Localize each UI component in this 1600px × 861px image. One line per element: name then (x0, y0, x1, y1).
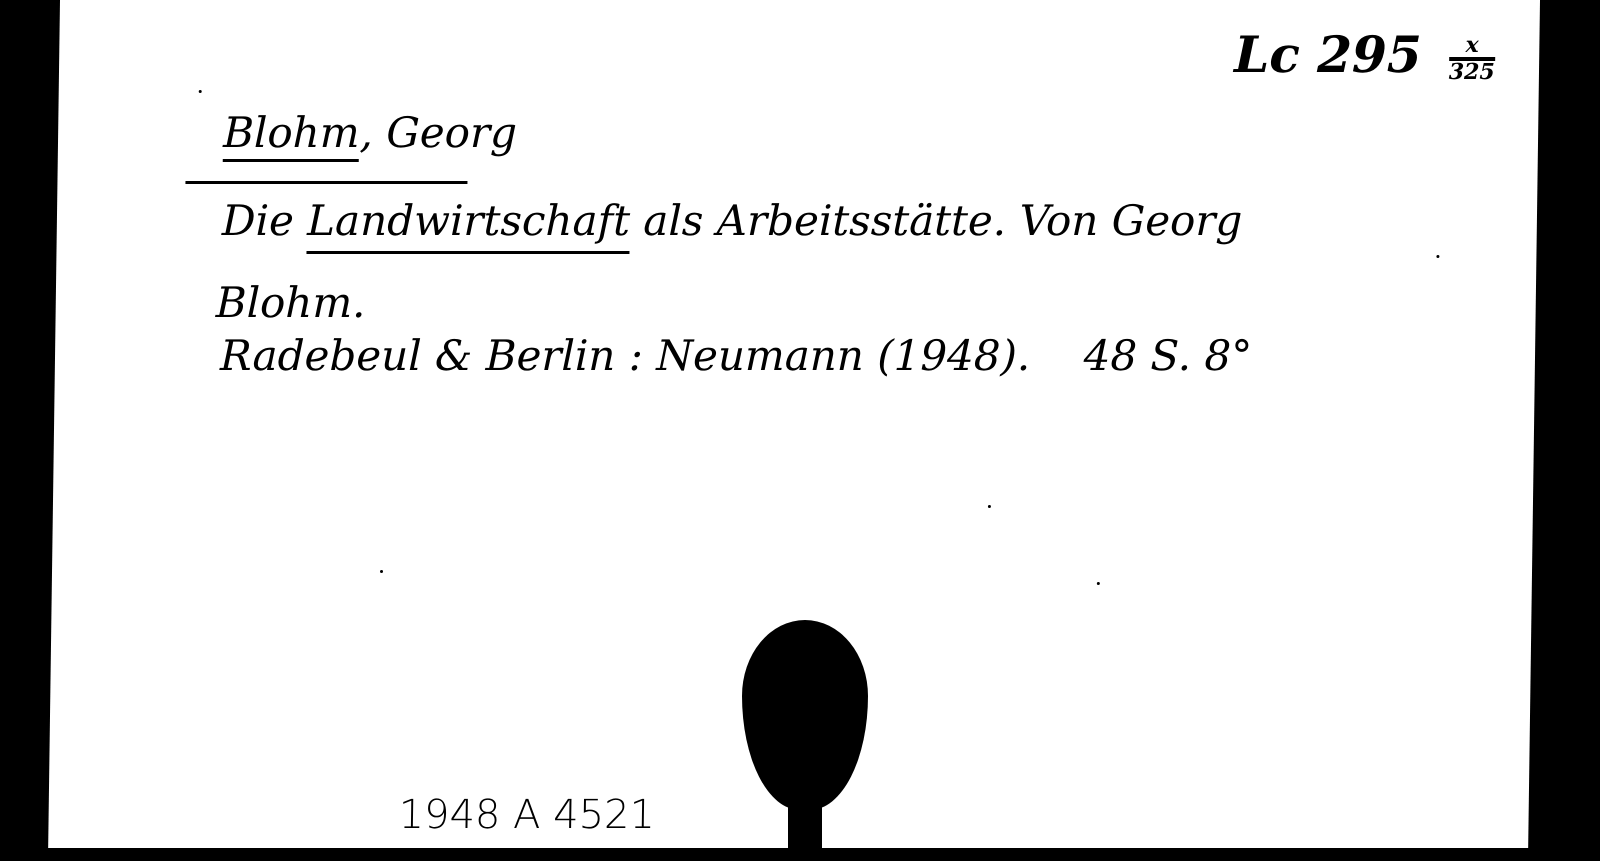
call-number-fraction: x 325 (1449, 34, 1496, 84)
heading-surname: Blohm (223, 108, 360, 162)
imprint-place: Radebeul & Berlin (220, 331, 616, 380)
card-punch-slot (788, 800, 822, 861)
imprint-year: (1948). (877, 331, 1031, 380)
heading-separator: , (359, 108, 373, 157)
call-number-prefix: Lc 295 (1234, 25, 1422, 84)
imprint-extent: 48 S. (1083, 331, 1191, 380)
scan-speck (1097, 582, 1100, 585)
accession-number: 1948 A 4521 (398, 795, 655, 835)
author-heading: Blohm, Georg (223, 112, 517, 154)
heading-underline (185, 181, 467, 184)
card-scan: Lc 295 x 325 Blohm, Georg Die Landwirtsc… (0, 0, 1600, 861)
title-keyword: Landwirtschaft (307, 196, 631, 254)
author-statement: Blohm. (215, 282, 365, 324)
call-number: Lc 295 x 325 (1234, 30, 1496, 84)
scan-speck (1436, 255, 1439, 258)
scan-speck (380, 570, 383, 573)
imprint-line: Radebeul & Berlin : Neumann (1948). 48 S… (220, 335, 1253, 377)
call-number-denominator: 325 (1449, 61, 1495, 84)
title-line: Die Landwirtschaft als Arbeitsstätte. Vo… (222, 200, 1243, 242)
title-rest: als Arbeitsstätte. Von Georg (630, 196, 1243, 245)
imprint-publisher: Neumann (656, 331, 864, 380)
heading-forename: Georg (386, 108, 517, 157)
title-prefix: Die (222, 196, 308, 245)
scan-speck (199, 90, 202, 93)
imprint-colon: : (628, 331, 643, 380)
call-number-numerator: x (1449, 34, 1495, 61)
scan-speck (988, 505, 991, 508)
imprint-format: 8° (1204, 331, 1252, 380)
